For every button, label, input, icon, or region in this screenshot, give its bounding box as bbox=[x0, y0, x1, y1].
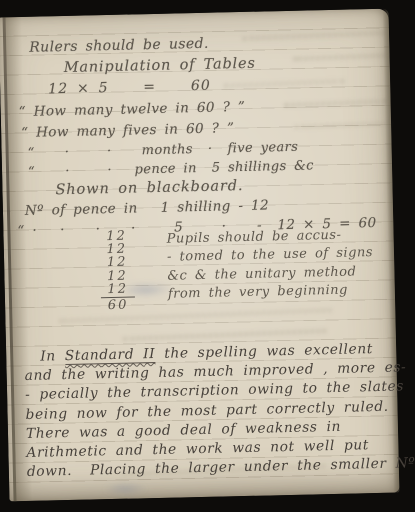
standard-ii-underlined: Standard II bbox=[65, 346, 156, 365]
report-line-1-pre: In bbox=[40, 348, 65, 365]
bleed-through-marks bbox=[243, 31, 385, 46]
note-line-question-2: “ How many fives in 60 ? ” bbox=[21, 121, 234, 141]
ink-smudge bbox=[103, 482, 147, 495]
bleed-through-marks bbox=[295, 122, 390, 135]
column-side-notes: Pupils should be accus- - tomed to the u… bbox=[166, 226, 374, 304]
note-line-equation: 12 × 5 = 60 bbox=[48, 79, 211, 98]
report-line-1-post: the spelling was excellent bbox=[155, 341, 373, 362]
bleed-through-marks bbox=[293, 54, 385, 67]
note-line-pence-shilling: Nº of pence in 1 shilling - 12 bbox=[25, 198, 269, 219]
bleed-through-marks bbox=[224, 80, 344, 94]
note-line-ditto-2: “ · · pence in 5 shillings &c bbox=[28, 158, 314, 179]
note-line-blackboard: Shown on blackboard. bbox=[55, 179, 243, 198]
bleed-through-marks bbox=[285, 100, 387, 113]
sum-total: 60 bbox=[101, 296, 135, 312]
addend: 12 bbox=[96, 256, 138, 270]
report-paragraph: In Standard II the spelling was excellen… bbox=[24, 340, 395, 483]
note-line-heading: Manipulation of Tables bbox=[64, 57, 256, 76]
notebook-paper: Rulers should be used. Manipulation of T… bbox=[0, 9, 399, 502]
addend: 12 bbox=[97, 282, 139, 296]
note-line-rulers: Rulers should be used. bbox=[29, 37, 209, 56]
note-line-ditto-1: “ · · months · five years bbox=[27, 140, 298, 161]
addition-column: 12 12 12 12 12 60 bbox=[95, 229, 139, 312]
side-note-line: from the very beginning bbox=[168, 281, 374, 304]
note-line-question-1: “ How many twelve in 60 ? ” bbox=[19, 100, 246, 120]
notebook-page-photo: Rulers should be used. Manipulation of T… bbox=[0, 0, 415, 512]
